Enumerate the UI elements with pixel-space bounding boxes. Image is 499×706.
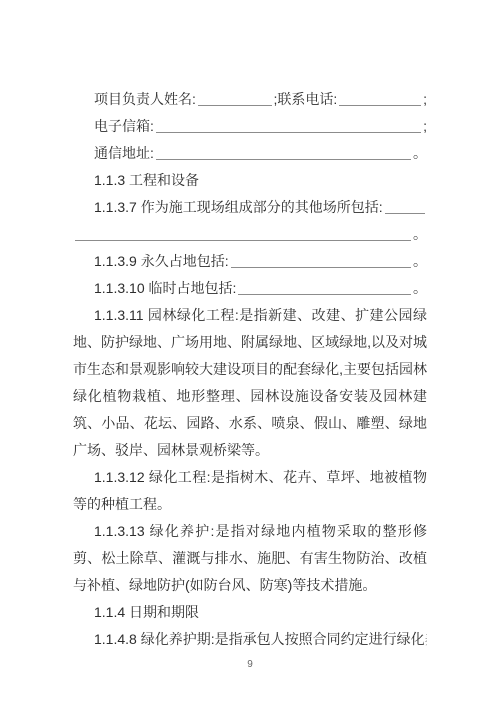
contact-name-label: 项目负责人姓名:	[94, 86, 196, 113]
page-number: 9	[73, 658, 427, 672]
clause-1-1-3-7-line: 1.1.3.7 作为施工现场组成部分的其他场所包括:	[73, 194, 427, 221]
clause-1-1-3-10-end: 。	[413, 275, 427, 302]
clause-1-1-3-7-blank-field	[385, 213, 425, 214]
clause-1-1-3-12-paragraph: 1.1.3.12 绿化工程:是指树木、花卉、草坪、地被植物等的种植工程。	[73, 464, 427, 518]
heading-1-1-3: 1.1.3 工程和设备	[73, 167, 427, 194]
clause-1-1-4-8-paragraph: 1.1.4.8 绿化养护期:是指承包人按照合同约定进行绿化养	[73, 626, 427, 653]
clause-1-1-3-10-line: 1.1.3.10 临时占地包括: 。	[73, 275, 427, 302]
email-line: 电子信箱: ;	[73, 113, 427, 140]
contact-line: 项目负责人姓名: ; 联系电话: ;	[73, 86, 427, 113]
contact-phone-blank-field	[339, 105, 421, 106]
clause-1-1-3-9-label: 1.1.3.9 永久占地包括:	[94, 248, 229, 275]
address-label: 通信地址:	[94, 140, 154, 167]
document-page: 项目负责人姓名: ; 联系电话: ; 电子信箱: ; 通信地址: 。 1.1.3…	[0, 0, 499, 706]
email-label: 电子信箱:	[94, 113, 154, 140]
clause-1-1-3-10-label: 1.1.3.10 临时占地包括:	[94, 275, 236, 302]
clause-1-1-3-13-paragraph: 1.1.3.13 绿化养护:是指对绿地内植物采取的整形修剪、松土除草、灌溉与排水…	[73, 518, 427, 599]
clause-1-1-3-7-end: 。	[413, 221, 427, 248]
contact-line-end: ;	[423, 86, 427, 113]
clause-1-1-3-7-continuation-blank-field	[75, 240, 411, 241]
clause-1-1-3-10-blank-field	[238, 294, 411, 295]
clause-1-1-3-7-label: 1.1.3.7 作为施工现场组成部分的其他场所包括:	[94, 194, 383, 221]
clause-1-1-3-11-paragraph: 1.1.3.11 园林绿化工程:是指新建、改建、扩建公园绿地、防护绿地、广场用地…	[73, 302, 427, 464]
address-line: 通信地址: 。	[73, 140, 427, 167]
address-blank-field	[156, 159, 411, 160]
contact-name-blank-field	[198, 105, 272, 106]
address-line-end: 。	[413, 140, 427, 167]
heading-1-1-4: 1.1.4 日期和期限	[73, 599, 427, 626]
email-line-end: ;	[423, 113, 427, 140]
clause-1-1-3-9-line: 1.1.3.9 永久占地包括: 。	[73, 248, 427, 275]
clause-1-1-3-7-continuation-line: 。	[73, 221, 427, 248]
email-blank-field	[156, 132, 421, 133]
clause-1-1-3-9-blank-field	[231, 267, 411, 268]
contact-phone-label: 联系电话:	[277, 86, 337, 113]
clause-1-1-3-9-end: 。	[413, 248, 427, 275]
